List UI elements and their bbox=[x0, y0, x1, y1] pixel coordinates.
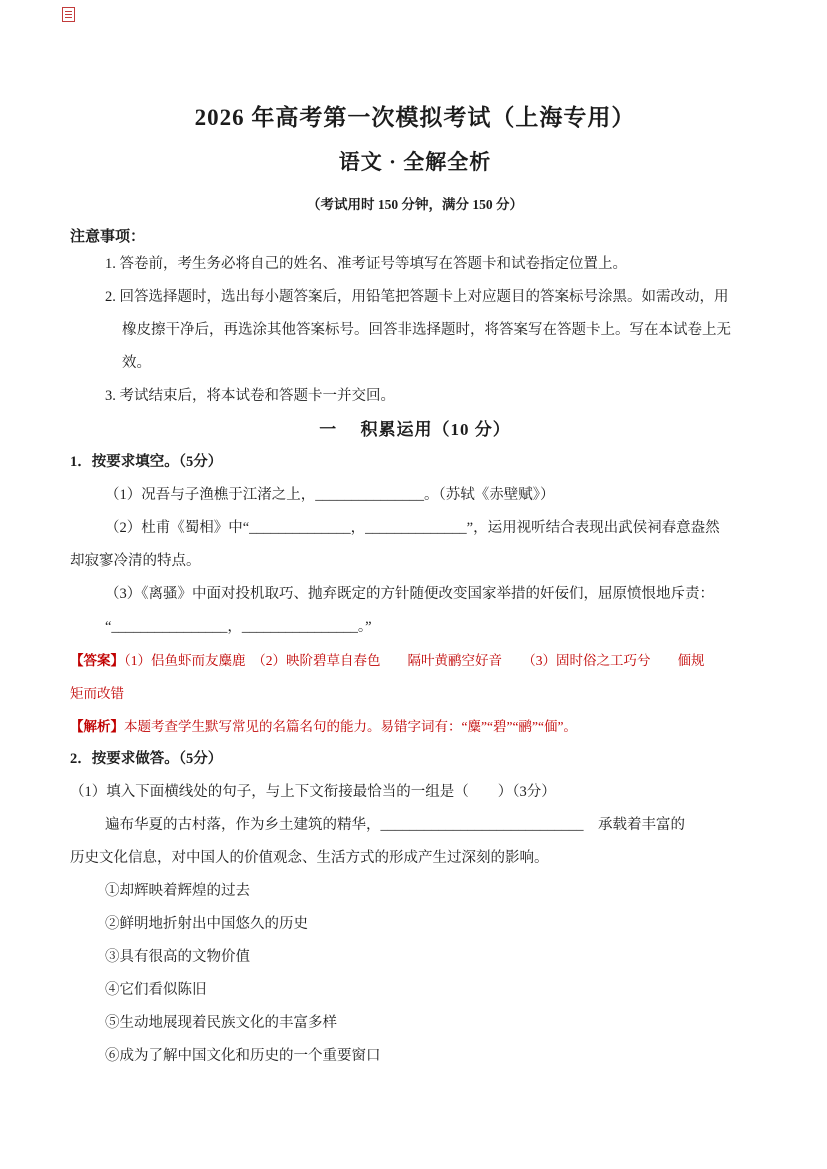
analysis-label: 【解析】 bbox=[70, 719, 124, 734]
question-1-sub-3-line-2: “________________，________________。” bbox=[70, 611, 760, 644]
answer-label: 【答案】 bbox=[70, 653, 124, 668]
answer-line-1: 【答案】（1）侣鱼虾而友麋鹿 （2）映阶碧草自春色 隔叶黄鹂空好音 （3）固时俗… bbox=[70, 644, 760, 677]
question-2-heading: 2．按要求做答。（5分） bbox=[70, 743, 760, 776]
notice-heading: 注意事项： bbox=[70, 226, 760, 248]
document-subtitle: 语文 · 全解全析 bbox=[70, 148, 760, 176]
notice-item-2-line-3: 效。 bbox=[70, 347, 760, 380]
option-5: ⑤生动地展现着民族文化的丰富多样 bbox=[70, 1007, 760, 1040]
question-2-sub-1: （1）填入下面横线处的句子，与上下文衔接最恰当的一组是（ ）（3分） bbox=[70, 776, 760, 809]
notice-item-2-line-1: 2. 回答选择题时，选出每小题答案后，用铅笔把答题卡上对应题目的答案标号涂黑。如… bbox=[70, 281, 760, 314]
corner-watermark-icon bbox=[62, 7, 75, 22]
option-2: ②鲜明地折射出中国悠久的历史 bbox=[70, 908, 760, 941]
option-3: ③具有很高的文物价值 bbox=[70, 941, 760, 974]
notice-item-3: 3. 考试结束后，将本试卷和答题卡一并交回。 bbox=[70, 380, 760, 413]
answer-text-line-2: 矩而改错 bbox=[70, 686, 124, 701]
option-6: ⑥成为了解中国文化和历史的一个重要窗口 bbox=[70, 1040, 760, 1073]
analysis-line: 【解析】本题考查学生默写常见的名篇名句的能力。易错字词有：“麋”“碧”“鹂”“偭… bbox=[70, 710, 760, 743]
exam-duration-info: （考试用时 150 分钟，满分 150 分） bbox=[70, 196, 760, 214]
question-2-passage-line-1: 遍布华夏的古村落，作为乡土建筑的精华，_____________________… bbox=[70, 809, 760, 842]
question-1-sub-2-line-1: （2）杜甫《蜀相》中“______________，______________… bbox=[70, 512, 760, 545]
answer-text-line-1: （1）侣鱼虾而友麋鹿 （2）映阶碧草自春色 隔叶黄鹂空好音 （3）固时俗之工巧兮… bbox=[124, 653, 705, 668]
option-1: ①却辉映着辉煌的过去 bbox=[70, 875, 760, 908]
question-2-passage-line-2: 历史文化信息，对中国人的价值观念、生活方式的形成产生过深刻的影响。 bbox=[70, 842, 760, 875]
question-1-sub-1: （1）况吾与子渔樵于江渚之上，_______________。（苏轼《赤壁赋》） bbox=[70, 479, 760, 512]
question-1-heading: 1．按要求填空。（5分） bbox=[70, 446, 760, 479]
question-1-sub-3-line-1: （3）《离骚》中面对投机取巧、抛弃既定的方针随便改变国家举措的奸佞们，屈原愤恨地… bbox=[70, 578, 760, 611]
option-4: ④它们看似陈旧 bbox=[70, 974, 760, 1007]
notice-item-1: 1. 答卷前，考生务必将自己的姓名、准考证号等填写在答题卡和试卷指定位置上。 bbox=[70, 248, 760, 281]
notice-item-2-line-2: 橡皮擦干净后，再选涂其他答案标号。回答非选择题时，将答案写在答题卡上。写在本试卷… bbox=[70, 314, 760, 347]
exam-paper-page: 2026 年高考第一次模拟考试（上海专用） 语文 · 全解全析 （考试用时 15… bbox=[0, 0, 827, 1169]
section-1-heading: 一 积累运用（10 分） bbox=[70, 413, 760, 446]
analysis-text: 本题考查学生默写常见的名篇名句的能力。易错字词有：“麋”“碧”“鹂”“偭”。 bbox=[124, 719, 577, 734]
question-1-sub-2-line-2: 却寂寥冷清的特点。 bbox=[70, 545, 760, 578]
answer-line-2: 矩而改错 bbox=[70, 677, 760, 710]
document-title: 2026 年高考第一次模拟考试（上海专用） bbox=[70, 102, 760, 134]
